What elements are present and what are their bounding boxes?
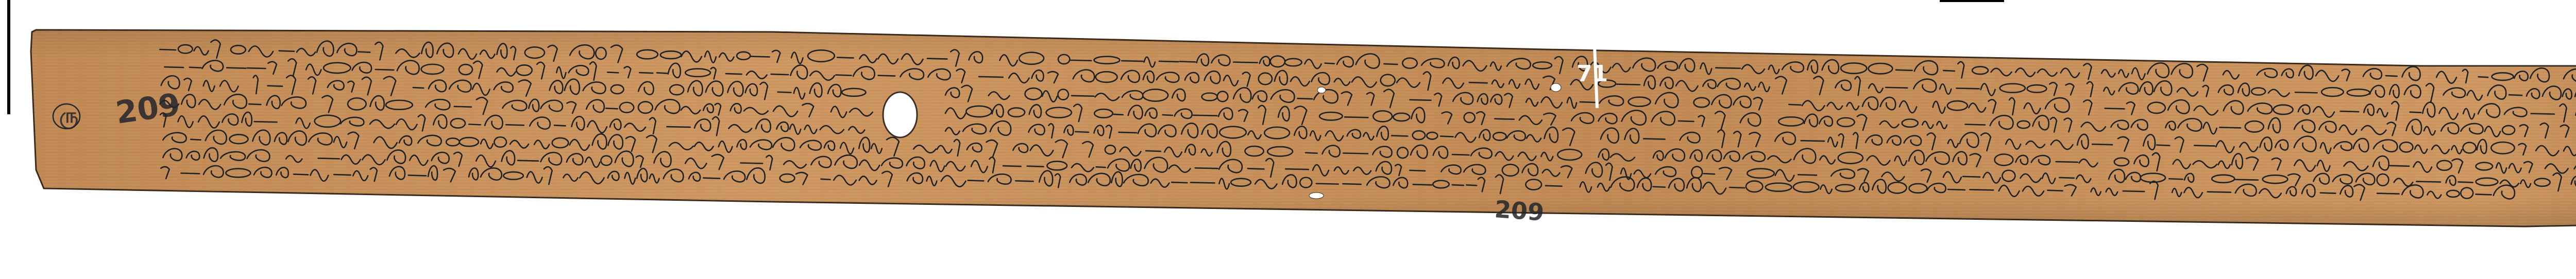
leaf-body xyxy=(31,30,2576,226)
inserted-mark-71: 71 xyxy=(1577,61,1608,87)
bottom-folio-number-209: 209 xyxy=(1494,195,1545,226)
manuscript-scan: ரு20920920971 211 xyxy=(0,0,2576,279)
small-hole xyxy=(1551,83,1561,92)
string-hole xyxy=(883,92,917,137)
small-hole xyxy=(1309,193,1324,199)
leaf-shading xyxy=(31,30,2576,226)
palm-leaf: ரு20920920971 xyxy=(0,0,2576,279)
small-hole xyxy=(1317,87,1326,93)
